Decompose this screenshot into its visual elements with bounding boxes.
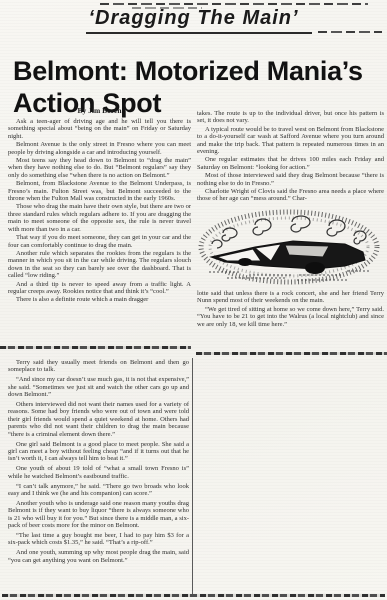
article-paragraph: That way if you do meet someone, they ca… bbox=[8, 234, 191, 249]
car-cruising-sketch-illustration bbox=[197, 209, 382, 287]
article-paragraph: takes. The route is up to the individual… bbox=[197, 110, 384, 125]
article-paragraph: Belmont, from Blackstone Avenue to the B… bbox=[8, 180, 191, 202]
article-paragraph: And one youth, summing up why most peopl… bbox=[8, 549, 189, 564]
article-paragraph: One regular estimates that he drives 100… bbox=[197, 156, 384, 171]
kicker-underline-rule bbox=[86, 32, 312, 34]
article-paragraph: One youth of about 19 told of “what a sm… bbox=[8, 465, 189, 480]
top-dashed-rule bbox=[100, 3, 368, 5]
kicker-banner: ‘Dragging The Main’ bbox=[0, 7, 387, 30]
article-paragraph: Those who drag the main have their own s… bbox=[8, 203, 191, 233]
article-paragraph: “We get tired of sitting at home so we c… bbox=[197, 306, 384, 328]
article-paragraph: Terry said they usually meet friends on … bbox=[8, 359, 189, 374]
bottom-column-vertical-rule bbox=[192, 358, 193, 594]
right-column: takes. The route is up to the individual… bbox=[197, 110, 384, 350]
article-paragraph: A typical route would be to travel west … bbox=[197, 126, 384, 156]
section-divider-left bbox=[0, 346, 191, 349]
article-paragraph: Most teens say they head down to Belmont… bbox=[8, 157, 191, 179]
article-paragraph: One girl said Belmont is a good place to… bbox=[8, 441, 189, 463]
article-paragraph: lotte said that unless there is a rock c… bbox=[197, 290, 384, 305]
article-paragraph: Others interviewed did not want their na… bbox=[8, 401, 189, 438]
right-column-bottom-paragraphs: lotte said that unless there is a rock c… bbox=[197, 290, 384, 328]
left-column-paragraphs: Ask a teen-ager of driving age and he wi… bbox=[8, 118, 191, 304]
ground-hatching bbox=[209, 271, 369, 280]
bottom-column-paragraphs: Terry said they usually meet friends on … bbox=[8, 359, 189, 564]
article-paragraph: There is also a definite route which a m… bbox=[8, 296, 191, 303]
article-paragraph: Ask a teen-ager of driving age and he wi… bbox=[8, 118, 191, 140]
article-paragraph: Another rule which separates the rookies… bbox=[8, 250, 191, 280]
article-paragraph: Another youth who is underage said one r… bbox=[8, 500, 189, 530]
article-paragraph: “The last time a guy bought me beer, I h… bbox=[8, 532, 189, 547]
kicker-dashed-rule-right bbox=[318, 31, 382, 33]
page-bottom-divider bbox=[2, 594, 385, 597]
article-paragraph: Belmont Avenue is the only street in Fre… bbox=[8, 141, 191, 156]
bottom-column: Terry said they usually meet friends on … bbox=[8, 359, 189, 597]
section-divider-right bbox=[196, 352, 387, 355]
article-paragraph: And a third tip is never to speed away f… bbox=[8, 281, 191, 296]
right-column-top-paragraphs: takes. The route is up to the individual… bbox=[197, 110, 384, 203]
left-column: By Jim Boren Ask a teen-ager of driving … bbox=[8, 106, 191, 349]
article-paragraph: Charlotte Wright of Clovis said the Fres… bbox=[197, 188, 384, 203]
byline: By Jim Boren bbox=[8, 106, 191, 115]
article-paragraph: Most of those interviewed said they drag… bbox=[197, 172, 384, 187]
article-paragraph: “I can’t talk anymore,” he said. “There … bbox=[8, 483, 189, 498]
article-paragraph: “And since my car doesn’t use much gas, … bbox=[8, 376, 189, 398]
